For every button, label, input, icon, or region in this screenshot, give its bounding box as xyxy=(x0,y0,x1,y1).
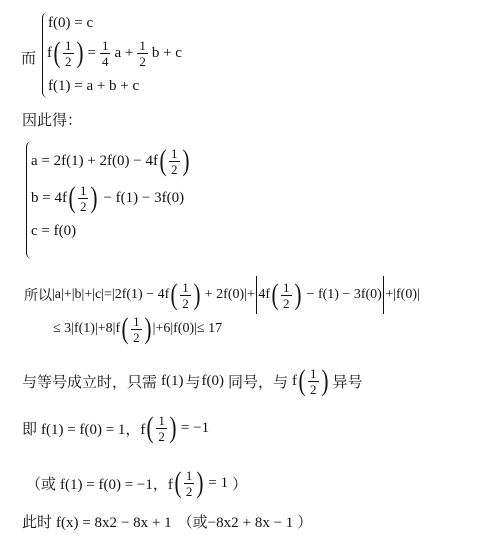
text-same-sign: 同号，与 xyxy=(228,371,288,392)
expr-b-post: − f(1) − 3f(0) xyxy=(103,190,184,207)
prefix-er: 而 xyxy=(21,47,36,68)
fraction-quarter: 14 xyxy=(100,39,111,68)
expr-part-b: + 2f(0)|+ xyxy=(205,287,255,303)
text-or-open: （或 xyxy=(178,511,208,532)
math-f0: f(0) xyxy=(202,373,225,390)
fraction-half-b: 12 xyxy=(137,39,148,68)
exponent: 2 xyxy=(231,515,239,532)
equation-f-half: f ( 12 ) = 14 a + 12 b + c xyxy=(47,38,182,68)
math-alt-head: −8x xyxy=(208,515,231,532)
text-close: ） xyxy=(232,473,247,494)
text-close: ） xyxy=(297,511,312,532)
paren-group: ( 12 ) xyxy=(120,314,153,344)
paren-group: ( 12 ) xyxy=(270,280,303,310)
math-neg-one: = −1 xyxy=(181,420,209,437)
fraction: 12 xyxy=(308,367,319,396)
fraction: 12 xyxy=(78,184,89,213)
paren-group: ( 12 ) xyxy=(173,468,206,498)
fraction: 12 xyxy=(131,315,142,344)
section-7-result: 此时 f(x) = 8x 2 − 8x + 1 （或 −8x 2 + 8x − … xyxy=(22,511,312,532)
fraction: 12 xyxy=(63,39,74,68)
text-yu: 与 xyxy=(186,371,201,392)
math-alt-tail: + 8x − 1 xyxy=(243,515,294,532)
math-values: f(1) = f(0) = 1，f xyxy=(41,418,145,439)
expr-bound-b: |+6|f(0)|≤ 17 xyxy=(153,321,222,337)
text-cishi: 此时 xyxy=(22,511,52,532)
prefix-suoyi: 所以 xyxy=(24,285,52,305)
math-values-alt: f(1) = f(0) = −1，f xyxy=(60,473,173,494)
equation-b: b = 4f ( 12 ) − f(1) − 3f(0) xyxy=(31,183,184,213)
abs-bar-left xyxy=(256,276,258,314)
expr-bound-a: ≤ 3|f(1)|+8|f xyxy=(53,321,120,337)
fraction: 12 xyxy=(180,281,191,310)
fraction: 12 xyxy=(184,469,195,498)
expr-part-d: − f(1) − 3f(0) xyxy=(307,287,382,303)
abs-bar-right xyxy=(383,276,385,314)
paren-group: ( 12 ) xyxy=(169,280,202,310)
heading-therefore: 因此得： xyxy=(22,109,82,130)
section-6-alternative: （或 f(1) = f(0) = −1，f ( 12 ) = 1 ） xyxy=(26,468,247,498)
inequality-line-2: ≤ 3|f(1)|+8|f ( 12 ) |+6|f(0)|≤ 17 xyxy=(53,314,222,344)
math-fx: f(x) = 8x xyxy=(56,515,109,532)
paren-group: ( 12 ) xyxy=(158,146,191,176)
fraction: 12 xyxy=(281,281,292,310)
text-or-open: （或 xyxy=(26,473,56,494)
inequality-line-1: 所以 |a|+|b|+|c|=|2f(1) − 4f ( 12 ) + 2f(0… xyxy=(24,276,420,314)
expr-part-a: |a|+|b|+|c|=|2f(1) − 4f xyxy=(52,287,169,303)
section-4-equality-condition: 与等号成立时，只需 f(1) 与 f(0) 同号，与 f ( 12 ) 异号 xyxy=(22,366,363,396)
equation-f0: f(0) = c xyxy=(48,15,93,32)
fraction: 12 xyxy=(169,147,180,176)
paren-group: ( 12 ) xyxy=(67,183,100,213)
paren-group: ( 12 ) xyxy=(52,38,85,68)
equation-a: a = 2f(1) + 2f(0) − 4f ( 12 ) xyxy=(31,146,191,176)
math-one: = 1 xyxy=(208,475,228,492)
expr-a: a = 2f(1) + 2f(0) − 4f xyxy=(31,153,158,170)
paren-group: ( 12 ) xyxy=(145,413,178,443)
term-a: a + xyxy=(114,45,133,62)
expr-part-e: +|f(0)| xyxy=(385,287,420,303)
exponent: 2 xyxy=(109,515,117,532)
text-ji: 即 xyxy=(22,418,37,439)
equation-f1: f(1) = a + b + c xyxy=(48,78,139,95)
section-5-values: 即 f(1) = f(0) = 1，f ( 12 ) = −1 xyxy=(22,413,209,443)
equals: = xyxy=(88,45,96,62)
text-condition: 与等号成立时，只需 xyxy=(22,371,157,392)
text-diff-sign: 异号 xyxy=(333,371,363,392)
fraction: 12 xyxy=(156,414,167,443)
math-f1: f(1) xyxy=(161,373,184,390)
term-bc: b + c xyxy=(152,45,182,62)
expr-b-pre: b = 4f xyxy=(31,190,67,207)
math-fx-tail: − 8x + 1 xyxy=(121,515,172,532)
paren-group: ( 12 ) xyxy=(297,366,330,396)
expr-part-c: 4f xyxy=(258,287,270,303)
equation-c: c = f(0) xyxy=(31,223,76,240)
